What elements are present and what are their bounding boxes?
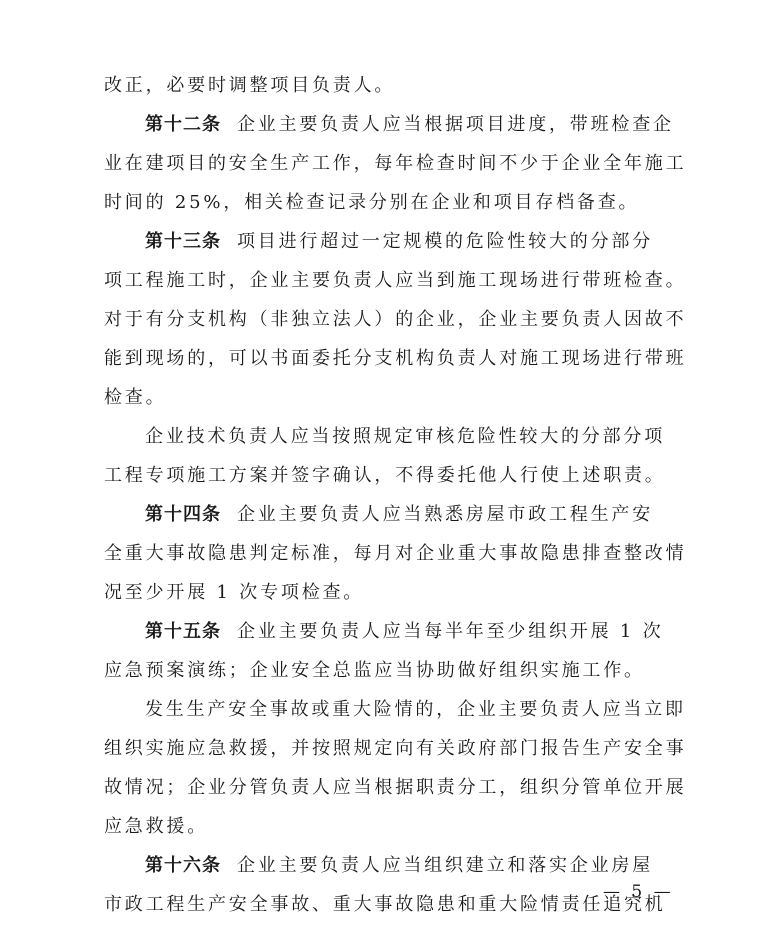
text-line: 况至少开展 1 次专项检查。 [104,573,670,612]
line-text: 况至少开展 1 次专项检查。 [104,582,364,603]
line-text: 检查。 [104,387,166,408]
text-line: 工程专项施工方案并签字确认，不得委托他人行使上述职责。 [104,456,670,495]
line-text: 能到现场的，可以书面委托分支机构负责人对施工现场进行带班 [104,348,686,369]
text-line: 组织实施应急救援，并按照规定向有关政府部门报告生产安全事 [104,729,670,768]
line-text: 企业主要负责人应当每半年至少组织开展 1 次 [237,621,664,642]
text-line: 对于有分支机构（非独立法人）的企业，企业主要负责人因故不 [104,300,670,339]
line-text: 组织实施应急救援，并按照规定向有关政府部门报告生产安全事 [104,738,686,759]
text-line: 第十五条企业主要负责人应当每半年至少组织开展 1 次 [104,612,670,651]
line-text: 工程专项施工方案并签字确认，不得委托他人行使上述职责。 [104,465,666,486]
text-line: 第十三条项目进行超过一定规模的危险性较大的分部分 [104,222,670,261]
text-line: 市政工程生产安全事故、重大事故隐患和重大险情责任追究机 [104,885,670,924]
article-heading: 第十四条 [145,504,221,525]
line-text: 发生生产安全事故或重大险情的，企业主要负责人应当立即 [145,699,686,720]
line-text: 企业主要负责人应当熟悉房屋市政工程生产安 [237,504,653,525]
document-body: 改正，必要时调整项目负责人。第十二条企业主要负责人应当根据项目进度，带班检查企业… [104,66,670,924]
text-line: 故情况；企业分管负责人应当根据职责分工，组织分管单位开展 [104,768,670,807]
text-line: 改正，必要时调整项目负责人。 [104,66,670,105]
article-heading: 第十三条 [145,231,221,252]
text-line: 第十二条企业主要负责人应当根据项目进度，带班检查企 [104,105,670,144]
line-text: 时间的 25%，相关检查记录分别在企业和项目存档备查。 [104,192,639,213]
line-text: 对于有分支机构（非独立法人）的企业，企业主要负责人因故不 [104,309,686,330]
text-line: 发生生产安全事故或重大险情的，企业主要负责人应当立即 [104,690,670,729]
article-heading: 第十五条 [145,621,221,642]
article-heading: 第十六条 [145,855,221,876]
text-line: 全重大事故隐患判定标准，每月对企业重大事故隐患排查整改情 [104,534,670,573]
text-line: 项工程施工时，企业主要负责人应当到施工现场进行带班检查。 [104,261,670,300]
line-text: 应急预案演练；企业安全总监应当协助做好组织实施工作。 [104,660,645,681]
text-line: 时间的 25%，相关检查记录分别在企业和项目存档备查。 [104,183,670,222]
line-text: 企业主要负责人应当组织建立和落实企业房屋 [237,855,653,876]
line-text: 项目进行超过一定规模的危险性较大的分部分 [237,231,653,252]
text-line: 业在建项目的安全生产工作，每年检查时间不少于企业全年施工 [104,144,670,183]
line-text: 市政工程生产安全事故、重大事故隐患和重大险情责任追究机 [104,894,666,915]
text-line: 应急预案演练；企业安全总监应当协助做好组织实施工作。 [104,651,670,690]
text-line: 能到现场的，可以书面委托分支机构负责人对施工现场进行带班 [104,339,670,378]
line-text: 故情况；企业分管负责人应当根据职责分工，组织分管单位开展 [104,777,686,798]
line-text: 全重大事故隐患判定标准，每月对企业重大事故隐患排查整改情 [104,543,686,564]
page-number: — 5 — [603,882,674,902]
line-text: 改正，必要时调整项目负责人。 [104,75,395,96]
text-line: 第十六条企业主要负责人应当组织建立和落实企业房屋 [104,846,670,885]
line-text: 企业技术负责人应当按照规定审核危险性较大的分部分项 [145,426,665,447]
article-heading: 第十二条 [145,114,221,135]
text-line: 检查。 [104,378,670,417]
text-line: 第十四条企业主要负责人应当熟悉房屋市政工程生产安 [104,495,670,534]
text-line: 企业技术负责人应当按照规定审核危险性较大的分部分项 [104,417,670,456]
text-line: 应急救援。 [104,807,670,846]
line-text: 企业主要负责人应当根据项目进度，带班检查企 [237,114,674,135]
line-text: 业在建项目的安全生产工作，每年检查时间不少于企业全年施工 [104,153,686,174]
line-text: 应急救援。 [104,816,208,837]
line-text: 项工程施工时，企业主要负责人应当到施工现场进行带班检查。 [104,270,686,291]
